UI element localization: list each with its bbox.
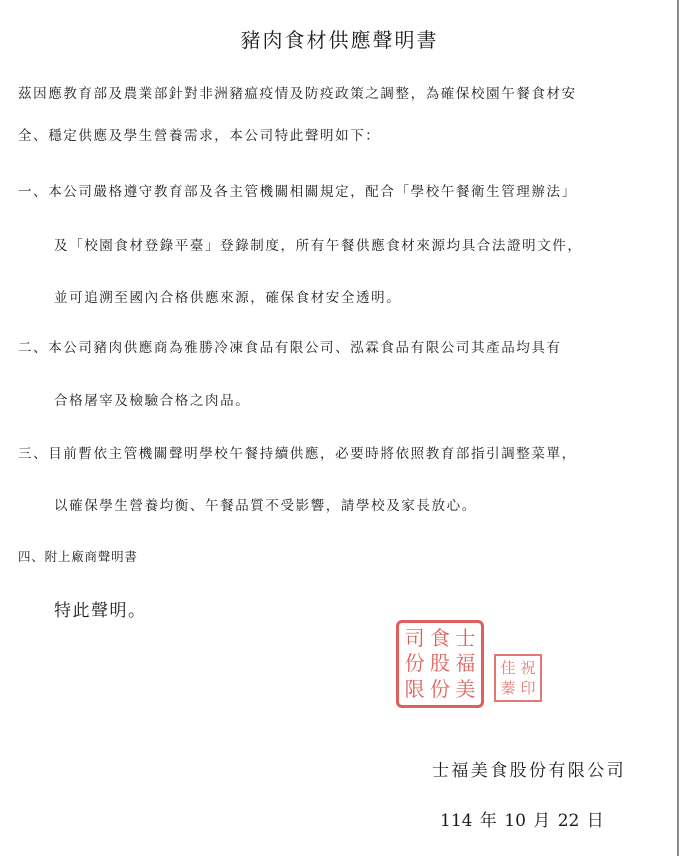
closing-statement: 特此聲明。 bbox=[54, 596, 147, 621]
document-date: 114 年 10 月 22 日 bbox=[440, 806, 604, 831]
item-2-line-2: 合格屠宰及檢驗合格之肉品。 bbox=[54, 389, 250, 409]
item-3-line-1: 三、目前暫依主管機關聲明學校午餐持續供應，必要時將依照教育部指引調整菜單， bbox=[18, 442, 577, 462]
seal-char: 司 bbox=[402, 626, 427, 651]
seal-char: 祝 bbox=[518, 658, 538, 678]
seal-char: 佳 bbox=[498, 658, 518, 678]
seal-char: 印 bbox=[518, 678, 538, 698]
item-1-line-2: 及「校園食材登錄平臺」登錄制度，所有午餐供應食材來源均具合法證明文件， bbox=[54, 234, 583, 254]
intro-line-2: 全、穩定供應及學生營養需求，本公司特此聲明如下： bbox=[18, 124, 380, 144]
item-2-line-1: 二、本公司豬肉供應商為雅勝冷凍食品有限公司、泓霖食品有限公司其產品均具有 bbox=[18, 336, 562, 356]
document-page: 豬肉食材供應聲明書 茲因應教育部及農業部針對非洲豬瘟疫情及防疫政策之調整，為確保… bbox=[0, 0, 679, 856]
representative-seal-stamp: 佳 祝 蓁 印 bbox=[494, 654, 542, 702]
document-title: 豬肉食材供應聲明書 bbox=[0, 24, 679, 53]
seal-char: 份 bbox=[402, 651, 427, 676]
item-4-line-1: 四、附上廠商聲明書 bbox=[18, 547, 138, 565]
seal-char: 美 bbox=[453, 677, 478, 702]
seal-char: 蓁 bbox=[498, 678, 518, 698]
intro-line-1: 茲因應教育部及農業部針對非洲豬瘟疫情及防疫政策之調整，為確保校園午餐食材安 bbox=[18, 82, 577, 102]
seal-char: 份 bbox=[427, 677, 452, 702]
company-seal-stamp: 司 食 士 份 股 福 限 份 美 bbox=[396, 620, 484, 708]
signature-company-name: 士福美食股份有限公司 bbox=[432, 756, 626, 781]
seal-char: 食 bbox=[427, 626, 452, 651]
seal-char: 限 bbox=[402, 677, 427, 702]
seal-char: 股 bbox=[427, 651, 452, 676]
item-1-line-3: 並可追溯至國內合格供應來源，確保食材安全透明。 bbox=[54, 286, 401, 306]
seal-char: 福 bbox=[453, 651, 478, 676]
seal-char: 士 bbox=[453, 626, 478, 651]
item-3-line-2: 以確保學生營養均衡、午餐品質不受影響，請學校及家長放心。 bbox=[54, 494, 477, 514]
item-1-line-1: 一、本公司嚴格遵守教育部及各主管機關相關規定，配合「學校午餐衛生管理辦法」 bbox=[18, 180, 577, 200]
